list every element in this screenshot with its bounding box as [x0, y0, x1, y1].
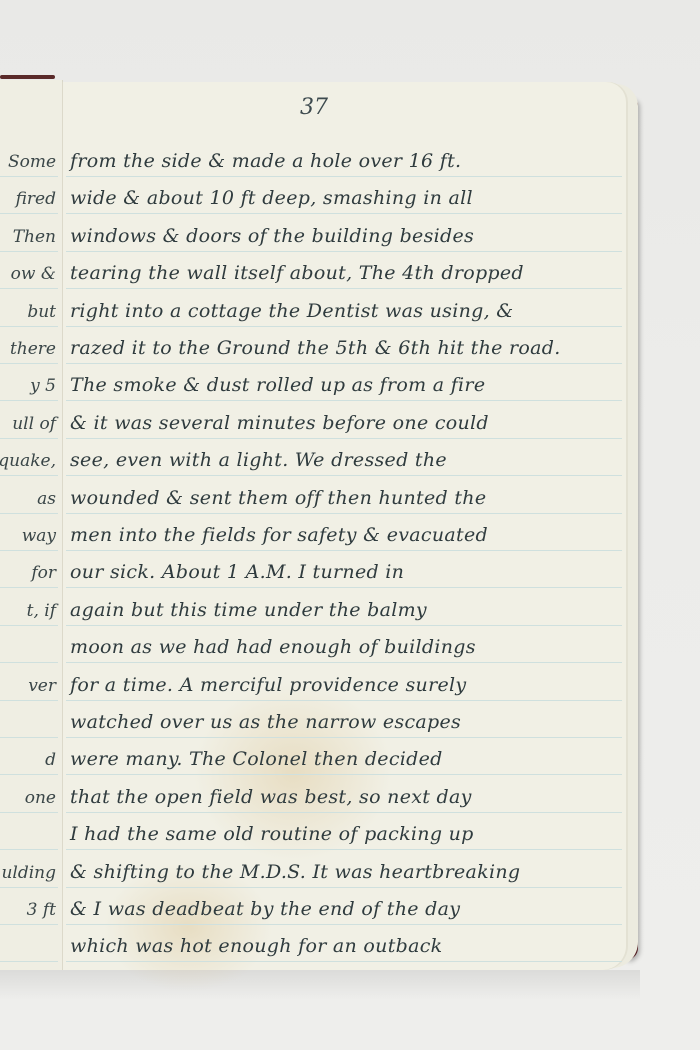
handwritten-line: right into a cottage the Dentist was usi…: [70, 300, 630, 322]
ruled-line: [0, 774, 58, 775]
left-page-fragment: way: [22, 526, 56, 546]
ruled-line: [66, 812, 622, 813]
handwritten-line: windows & doors of the building besides: [70, 225, 630, 247]
notebook-spread: 37 from the side & made a hole over 16 f…: [0, 0, 700, 1050]
ruled-line: [66, 326, 622, 327]
left-page-fragment: 3 ft: [27, 900, 56, 920]
ruled-line: [66, 213, 622, 214]
left-page-fragment: ver: [28, 676, 56, 696]
ruled-line: [0, 251, 58, 252]
handwritten-line: & shifting to the M.D.S. It was heartbre…: [70, 861, 630, 883]
ruled-line: [66, 700, 622, 701]
ruled-line: [66, 625, 622, 626]
ruled-line: [66, 887, 622, 888]
handwritten-line: again but this time under the balmy: [70, 599, 630, 621]
ruled-line: [0, 849, 58, 850]
ruled-line: [66, 288, 622, 289]
ruled-line: [0, 625, 58, 626]
left-page-fragment: as: [37, 489, 56, 509]
handwritten-line: men into the fields for safety & evacuat…: [70, 524, 630, 546]
handwritten-line: that the open field was best, so next da…: [70, 786, 630, 808]
handwritten-line: wounded & sent them off then hunted the: [70, 487, 630, 509]
ruled-line: [0, 363, 58, 364]
ruled-line: [66, 737, 622, 738]
ruled-line: [66, 400, 622, 401]
left-page-fragment: ull of: [12, 414, 56, 434]
handwritten-line: which was hot enough for an outback: [70, 935, 630, 957]
ruled-line: [0, 513, 58, 514]
ruled-line: [0, 887, 58, 888]
handwritten-line: & it was several minutes before one coul…: [70, 412, 630, 434]
left-page-fragment: Some: [8, 152, 56, 172]
left-page-fragment: there: [10, 339, 56, 359]
left-page-fragment: but: [27, 302, 56, 322]
ruled-line: [0, 550, 58, 551]
ruled-line: [0, 438, 58, 439]
handwritten-line: I had the same old routine of packing up: [70, 823, 630, 845]
left-page-fragment: t, if: [27, 601, 56, 621]
ruled-line: [66, 662, 622, 663]
left-page-fragment: quake,: [0, 451, 56, 471]
ruled-line: [0, 700, 58, 701]
ruled-line: [66, 363, 622, 364]
ruled-line: [0, 475, 58, 476]
handwritten-line: were many. The Colonel then decided: [70, 748, 630, 770]
handwritten-line: The smoke & dust rolled up as from a fir…: [70, 374, 630, 396]
handwritten-line: moon as we had had enough of buildings: [70, 636, 630, 658]
page-number: 37: [300, 95, 328, 120]
ruled-line: [66, 513, 622, 514]
ruled-line: [66, 550, 622, 551]
ruled-line: [66, 849, 622, 850]
left-page-fragment: for: [31, 563, 56, 583]
left-page-fragment: ow &: [11, 264, 56, 284]
ruled-line: [0, 288, 58, 289]
handwritten-line: watched over us as the narrow escapes: [70, 711, 630, 733]
handwritten-line: & I was deadbeat by the end of the day: [70, 898, 630, 920]
ruled-line: [0, 400, 58, 401]
handwritten-line: from the side & made a hole over 16 ft.: [70, 150, 630, 172]
handwritten-line: our sick. About 1 A.M. I turned in: [70, 561, 630, 583]
notebook-cover-edge-top: [0, 75, 55, 79]
left-page-fragment: Then: [13, 227, 56, 247]
ruled-line: [0, 326, 58, 327]
ruled-line: [66, 475, 622, 476]
handwritten-line: tearing the wall itself about, The 4th d…: [70, 262, 630, 284]
page-shadow: [0, 970, 640, 1000]
handwritten-line: razed it to the Ground the 5th & 6th hit…: [70, 337, 630, 359]
handwritten-line: for a time. A merciful providence surely: [70, 674, 630, 696]
ruled-line: [0, 924, 58, 925]
ruled-line: [66, 176, 622, 177]
left-page-fragment: one: [25, 788, 56, 808]
ruled-line: [0, 176, 58, 177]
ruled-line: [0, 213, 58, 214]
ruled-line: [66, 251, 622, 252]
ruled-line: [66, 924, 622, 925]
ruled-line: [66, 438, 622, 439]
left-page-fragment: fired: [16, 189, 56, 209]
handwritten-line: see, even with a light. We dressed the: [70, 449, 630, 471]
left-page-fragment: y 5: [30, 376, 56, 396]
ruled-line: [0, 961, 58, 962]
ruled-line: [0, 737, 58, 738]
ruled-line: [66, 774, 622, 775]
ruled-line: [0, 587, 58, 588]
ruled-line: [66, 587, 622, 588]
ruled-line: [0, 812, 58, 813]
ruled-line: [66, 961, 622, 962]
left-page-fragment: d: [45, 750, 56, 770]
left-page-fragment: ulding: [1, 863, 56, 883]
ruled-line: [0, 662, 58, 663]
handwritten-line: wide & about 10 ft deep, smashing in all: [70, 187, 630, 209]
